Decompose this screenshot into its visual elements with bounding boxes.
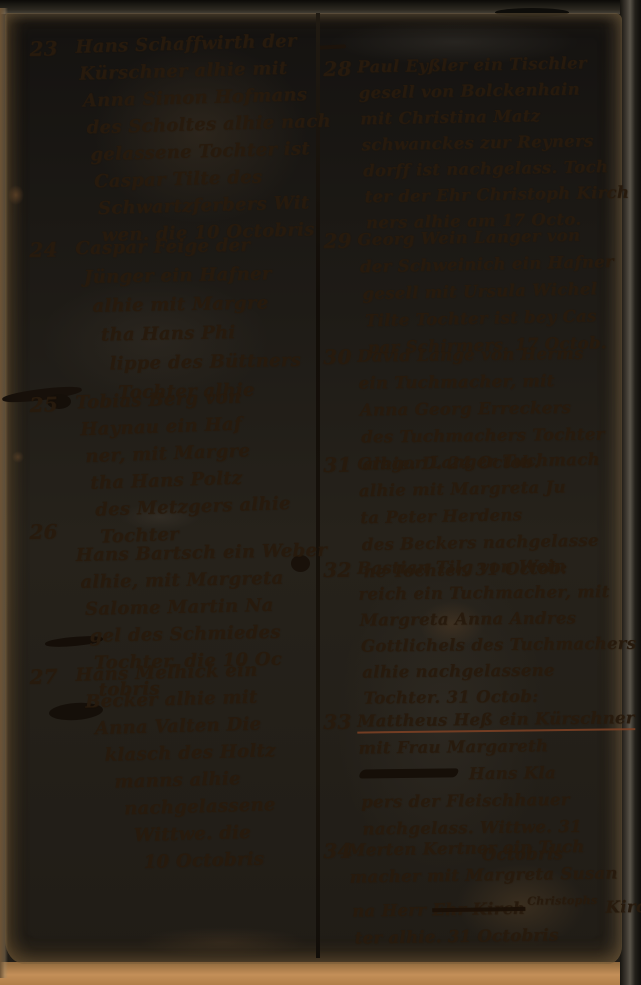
manuscript-text: alhie mit Margreta Ju [359, 477, 566, 500]
manuscript-text: lippe des Büttners [109, 350, 301, 375]
manuscript-line: Bastian Tilg von Wein [357, 553, 633, 582]
manuscript-text: tha Hans Phi [101, 322, 236, 346]
manuscript-text: Wittwe. die [134, 822, 252, 846]
manuscript-text: macher mit Margreta Susan [349, 863, 617, 886]
manuscript-line: Mattheus Heß ein Kürschner [357, 704, 633, 734]
manuscript-text: Schwartzferbers Wit [98, 192, 310, 219]
entry-number: 27 [29, 663, 58, 691]
manuscript-line: Hans Kla [360, 758, 634, 788]
entry-number: 29 [323, 227, 352, 255]
manuscript-text: der Schweinich ein Hafner [360, 252, 614, 276]
entry-number: 28 [323, 56, 352, 82]
ink-blackout [358, 768, 460, 778]
manuscript-text: nachgelassene [124, 794, 276, 819]
entry-number: 31 [323, 451, 352, 479]
register-entry-34: 34Merten Kertner ein Tuchmacher mit Marg… [323, 832, 635, 952]
manuscript-text: 10 Octobris [143, 849, 264, 873]
manuscript-text: mit Christina Matz [360, 106, 540, 128]
manuscript-text: ein Tuchmacher, mit [358, 371, 554, 392]
manuscript-text: Merten Kertner ein Tuch [347, 837, 585, 860]
entry-number: 23 [29, 35, 58, 63]
manuscript-line: 10 Octobris [143, 844, 335, 876]
manuscript-line: alhie mit Margre [92, 287, 331, 321]
manuscript-text: des Beckers nachgelasse [362, 531, 599, 555]
manuscript-text: Bastian Tilg von Wein [357, 556, 566, 577]
manuscript-text: Hans Schaffwirth der [75, 31, 297, 58]
foxing-spot [12, 451, 24, 463]
manuscript-text: Salome Martin Na [85, 595, 274, 620]
manuscript-text: ta Peter Herdens [360, 505, 522, 527]
manuscript-text: des Tuchmachers Tochter [361, 425, 605, 447]
manuscript-text: Tobias Berg von [75, 387, 242, 414]
manuscript-line: tha Hans Phi [101, 316, 332, 349]
manuscript-line: Hans Bartsch ein Weber [76, 537, 331, 569]
manuscript-line: reich ein Tuchmacher, mit [358, 579, 633, 608]
manuscript-text: des Scholtes alhie nach [86, 111, 331, 139]
manuscript-text: gelassene Tochter ist [90, 138, 310, 165]
manuscript-text: Hans Bartsch ein Weber [76, 540, 328, 566]
manuscript-text: alhie mit Margre [92, 292, 268, 316]
manuscript-page: 23Hans Schaffwirth derKürschner alhie mi… [5, 13, 622, 964]
manuscript-text: David Lange von Herms [357, 344, 584, 366]
stain [139, 927, 307, 957]
manuscript-line: ter der Ehr Christoph Kirch [364, 180, 635, 211]
manuscript-text: Caspar Tilte des [94, 167, 263, 193]
manuscript-line: ter alhie. 31 Octobris [354, 920, 634, 951]
manuscript-text: na Herr [352, 900, 432, 920]
table-surface [0, 962, 641, 985]
manuscript-text: Kirchners Toch [599, 895, 641, 916]
register-entry-23: 23Hans Schaffwirth derKürschner alhie mi… [29, 27, 335, 251]
manuscript-text: manns alhie [114, 768, 241, 793]
manuscript-text: Tilte Tochter ist bey Cas [365, 306, 597, 330]
manuscript-text: alhie, mit Margreta [80, 568, 284, 593]
manuscript-line: Anna Georg Erreckers [360, 393, 634, 423]
manuscript-line: Gregor Langer Tuchmach [357, 445, 633, 477]
entry-number: 34 [323, 838, 352, 865]
manuscript-text: gesell mit Ursula Wichel [362, 279, 597, 303]
manuscript-text: Gregor Langer Tuchmach [357, 450, 600, 474]
manuscript-text: Becker alhie mit [85, 687, 258, 713]
manuscript-text: gesell von Bolckenhain [359, 80, 580, 103]
manuscript-text: Gottlichels des Tuchmachers [361, 634, 637, 656]
manuscript-text: Kürschner alhie mit [79, 58, 288, 85]
manuscript-text: tha Hans Poltz [90, 468, 243, 494]
manuscript-text: Hans Melhick ein [75, 660, 258, 686]
manuscript-text: Jünger ein Hafner [84, 263, 272, 288]
manuscript-line: Gottlichels des Tuchmachers [361, 631, 634, 660]
manuscript-line: David Lange von Herms [357, 339, 633, 369]
manuscript-text: Hans Kla [463, 763, 556, 783]
manuscript-text: schwanckes zur Reyners [361, 131, 593, 154]
manuscript-text: mit Frau Margareth [358, 736, 548, 757]
register-entry-27: 27Hans Melhick einBecker alhie mitAnna V… [29, 655, 335, 879]
manuscript-line: Jünger ein Hafner [84, 258, 331, 292]
manuscript-text: Mattheus Heß ein Kürschner [357, 708, 635, 733]
manuscript-text: pers der Fleischhauer [361, 790, 570, 812]
manuscript-text: Caspar Feige der [75, 235, 250, 259]
manuscript-text: Tochter. 31 Octob: [363, 687, 538, 708]
manuscript-text: Georg Wein Langer von [357, 226, 580, 250]
manuscript-line: pers der Fleischhauer [361, 785, 634, 815]
manuscript-line: Margreta Anna Andres [360, 605, 634, 634]
manuscript-line: mit Frau Margareth [358, 731, 633, 761]
manuscript-text: gel des Schmiedes [89, 622, 281, 647]
entry-number: 30 [323, 344, 352, 371]
manuscript-text: Christophs [527, 894, 597, 908]
entry-number: 25 [29, 391, 58, 419]
manuscript-text: ner, mit Margre [85, 440, 250, 467]
entry-number: 33 [323, 709, 352, 736]
manuscript-line: na Herr Ehr KirchChristophs Kirchners To… [352, 886, 634, 924]
manuscript-text: alhie nachgelassene [362, 661, 555, 682]
entry-number: 26 [29, 518, 58, 546]
register-entry-28: 28Paul Eyßler ein Tischlergesell von Bol… [323, 50, 636, 237]
register-entry-32: 32Bastian Tilg von Weinreich ein Tuchmac… [323, 553, 635, 712]
manuscript-text: Haynau ein Haf [80, 414, 242, 441]
entry-number: 32 [323, 557, 352, 583]
manuscript-text: reich ein Tuchmacher, mit [358, 582, 609, 604]
manuscript-line: alhie nachgelassene [362, 657, 634, 686]
manuscript-text: dorff ist nachgelass. Toch [363, 157, 608, 180]
foxing-spot [8, 185, 24, 205]
manuscript-text: ter der Ehr Christoph Kirch [364, 183, 629, 207]
manuscript-line: lippe des Büttners [109, 345, 332, 378]
manuscript-text: ter alhie. 31 Octobris [354, 925, 558, 947]
book-scan: 23Hans Schaffwirth derKürschner alhie mi… [0, 0, 641, 985]
entry-number: 24 [29, 235, 58, 265]
manuscript-text: Margreta Anna Andres [360, 608, 577, 629]
manuscript-text: klasch des Holtz [104, 740, 276, 766]
manuscript-text: Anna Valten Die [95, 714, 262, 740]
manuscript-text: Ehr Kirch [432, 899, 525, 919]
manuscript-text: Anna Simon Hofmans [83, 84, 308, 111]
manuscript-line: ein Tuchmacher, mit [358, 366, 633, 396]
manuscript-text: Paul Eyßler ein Tischler [357, 53, 587, 76]
manuscript-text: Anna Georg Erreckers [360, 398, 571, 420]
